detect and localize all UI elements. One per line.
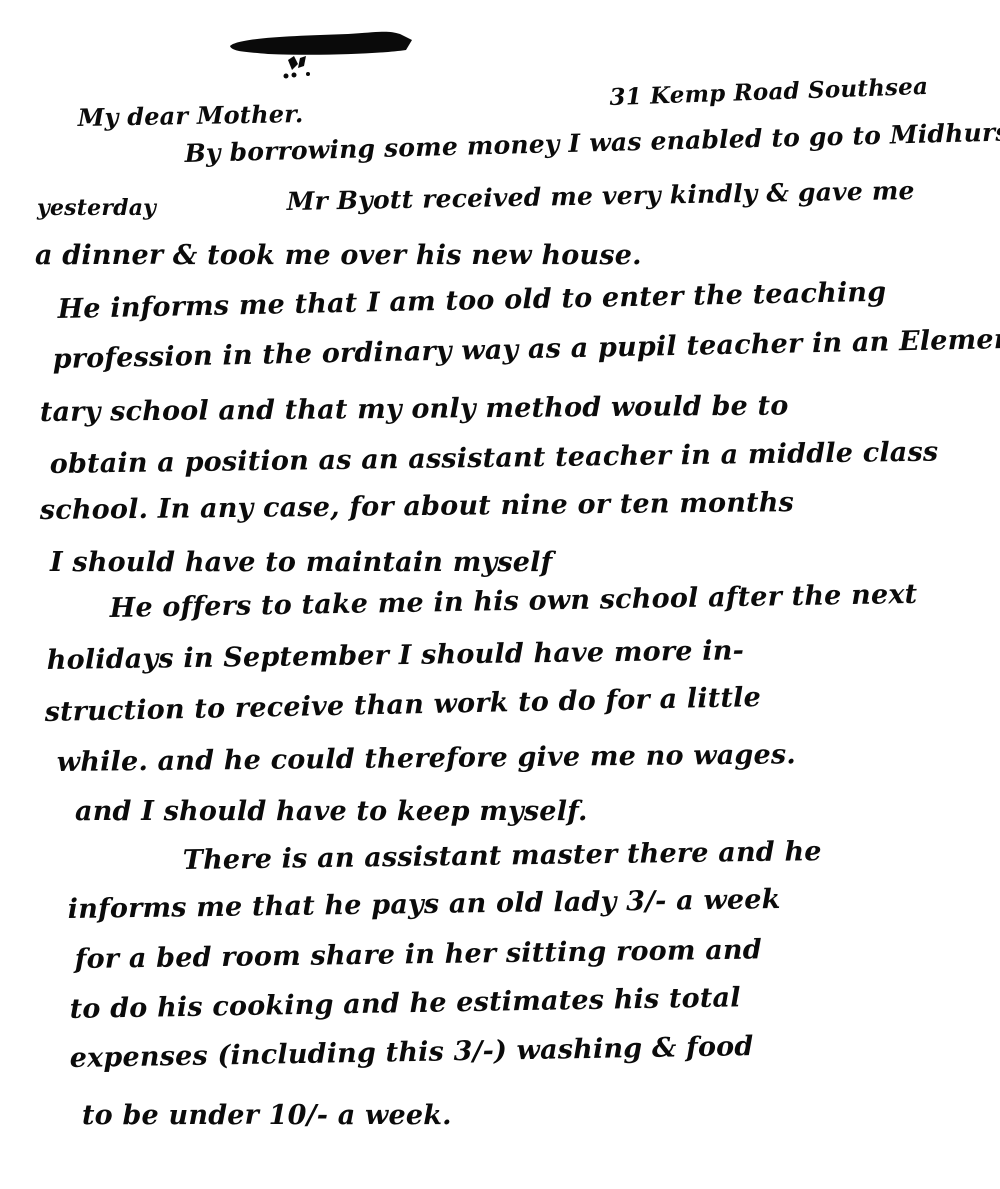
letter-line: profession in the ordinary way as a pupi… xyxy=(52,324,1000,375)
letter-line: holidays in September I should have more… xyxy=(47,635,745,676)
letter-line: He offers to take me in his own school a… xyxy=(109,579,917,624)
letter-line: informs me that he pays an old lady 3/- … xyxy=(68,884,781,925)
letter-page: My dear Mother. 31 Kemp Road Southsea By… xyxy=(0,0,1000,1189)
letter-line: By borrowing some money I was enabled to… xyxy=(184,117,1000,168)
letter-line: expenses (including this 3/-) washing & … xyxy=(69,1031,753,1074)
letter-line: struction to receive than work to do for… xyxy=(44,682,761,728)
letter-line: for a bed room share in her sitting room… xyxy=(75,934,762,975)
letter-line: There is an assistant master there and h… xyxy=(183,836,822,876)
salutation: My dear Mother. xyxy=(77,99,303,132)
letter-line: and I should have to keep myself. xyxy=(75,796,588,827)
letter-line: to be under 10/- a week. xyxy=(82,1100,452,1131)
letter-line: He informs me that I am too old to enter… xyxy=(57,277,886,325)
letter-line: I should have to maintain myself xyxy=(50,547,552,578)
letter-line: obtain a position as an assistant teache… xyxy=(50,437,939,480)
letter-line: yesterday xyxy=(37,195,156,221)
letter-line: Mr Byott received me very kindly & gave … xyxy=(286,176,914,216)
letter-line: tary school and that my only method woul… xyxy=(40,390,789,428)
letter-line: school. In any case, for about nine or t… xyxy=(40,487,794,526)
sender-address: 31 Kemp Road Southsea xyxy=(609,73,928,111)
letter-line: to do his cooking and he estimates his t… xyxy=(69,982,740,1025)
letter-line: while. and he could therefore give me no… xyxy=(57,739,796,778)
letter-line: a dinner & took me over his new house. xyxy=(35,240,642,271)
ink-blot-icon xyxy=(228,30,428,90)
